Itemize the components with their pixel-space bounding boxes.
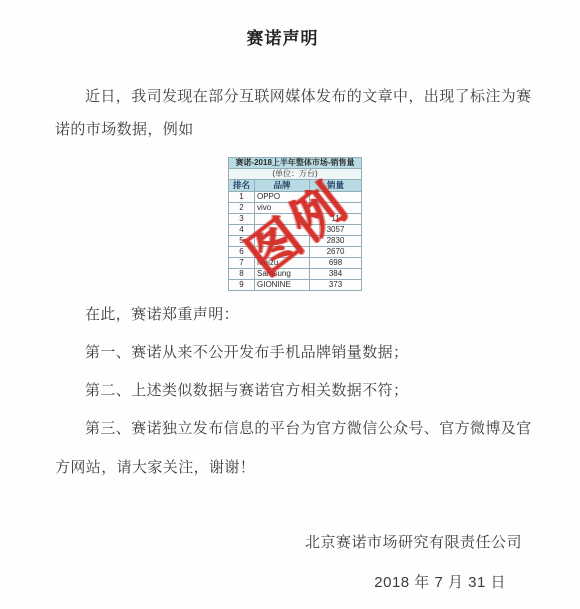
table-row: 2vivo [229,203,362,214]
signature-date: 2018 年 7 月 31 日 [374,571,506,592]
value-cell: 2830 [310,236,362,247]
signature-company: 北京赛诺市场研究有限责任公司 [305,531,522,552]
rank-cell: 1 [229,192,255,203]
table-row: 9GIONINE373 [229,280,362,291]
rank-cell: 4 [229,225,255,236]
brand-cell: vivo [255,203,310,214]
table-row: 8Samsung384 [229,269,362,280]
table-title: 赛诺-2018上半年整体市场-销售量 [229,158,362,169]
statement-document: 赛诺声明 近日，我司发现在部分互联网媒体发布的文章中，出现了标注为赛 诺的市场数… [0,0,580,609]
brand-cell [255,225,310,236]
value-cell: 11 [310,214,362,225]
market-data-figure: 赛诺-2018上半年整体市场-销售量(单位：万台)排名品牌销量1OPPO2viv… [228,157,361,293]
declaration-item-2: 第二、上述类似数据与赛诺官方相关数据不符； [55,380,563,402]
declaration-item-1: 第一、赛诺从来不公开发布手机品牌销量数据； [55,342,563,364]
brand-cell [255,236,310,247]
market-table: 赛诺-2018上半年整体市场-销售量(单位：万台)排名品牌销量1OPPO2viv… [228,157,362,291]
value-cell [310,192,362,203]
brand-cell: OPPO [255,192,310,203]
table-row: (单位：万台) [229,169,362,180]
value-cell: 698 [310,258,362,269]
table-row: 排名品牌销量 [229,180,362,192]
brand-cell [255,247,310,258]
rank-cell: 2 [229,203,255,214]
table-row: 62670 [229,247,362,258]
rank-cell: 7 [229,258,255,269]
rank-cell: 8 [229,269,255,280]
rank-cell: 3 [229,214,255,225]
intro-paragraph-line-2: 诺的市场数据，例如 [55,119,533,141]
column-header: 品牌 [255,180,310,192]
declaration-item-3-line-1: 第三、赛诺独立发布信息的平台为官方微信公众号、官方微博及官 [55,418,563,440]
table-row: 1OPPO [229,192,362,203]
brand-cell [255,214,310,225]
brand-cell: Samsung [255,269,310,280]
table-row: 7Meizu698 [229,258,362,269]
value-cell: 2670 [310,247,362,258]
intro-paragraph-line-1: 近日，我司发现在部分互联网媒体发布的文章中，出现了标注为赛 [55,86,563,108]
rank-cell: 6 [229,247,255,258]
table-row: 赛诺-2018上半年整体市场-销售量 [229,158,362,169]
page-title: 赛诺声明 [0,24,565,49]
brand-cell: GIONINE [255,280,310,291]
value-cell [310,203,362,214]
declaration-item-3-line-2: 方网站，请大家关注，谢谢！ [55,457,533,479]
table-row: 311 [229,214,362,225]
column-header: 销量 [310,180,362,192]
column-header: 排名 [229,180,255,192]
rank-cell: 9 [229,280,255,291]
table-row: 43057 [229,225,362,236]
rank-cell: 5 [229,236,255,247]
table-unit-subtitle: (单位：万台) [229,169,362,180]
value-cell: 384 [310,269,362,280]
value-cell: 3057 [310,225,362,236]
brand-cell: Meizu [255,258,310,269]
declaration-lead-line: 在此，赛诺郑重声明： [55,304,563,326]
value-cell: 373 [310,280,362,291]
table-row: 52830 [229,236,362,247]
